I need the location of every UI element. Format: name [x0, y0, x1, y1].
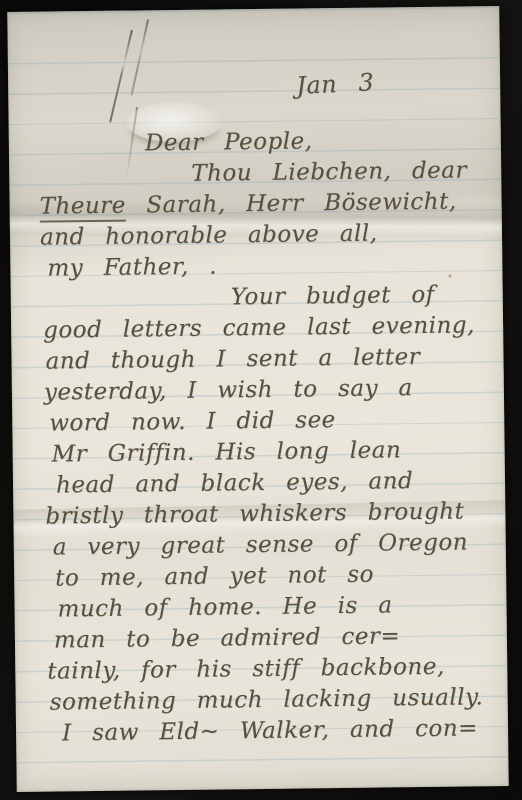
letter-date: Jan 3	[296, 68, 375, 100]
letter-line: I saw Eld~ Walker, and con=	[62, 713, 502, 749]
letter-line-rest: Sarah, Herr Bösewicht,	[126, 189, 457, 219]
letter-salutation: Dear People,	[145, 124, 495, 159]
letter-paper: Jan 3 Dear People, Thou Liebchen, dear T…	[7, 6, 508, 792]
letter-body: Dear People, Thou Liebchen, dear Theure …	[33, 124, 503, 750]
letter-line: Your budget of	[231, 279, 497, 313]
photo-background: Jan 3 Dear People, Thou Liebchen, dear T…	[0, 0, 522, 800]
letter-line: Theure Sarah, Herr Bösewicht,	[39, 186, 495, 223]
letter-line: a very great sense of Oregon	[53, 527, 500, 563]
letter-line: Thou Liebchen, dear	[191, 155, 495, 190]
letter-line: good letters came last evening,	[43, 310, 497, 347]
underlined-word: Theure	[39, 193, 126, 223]
